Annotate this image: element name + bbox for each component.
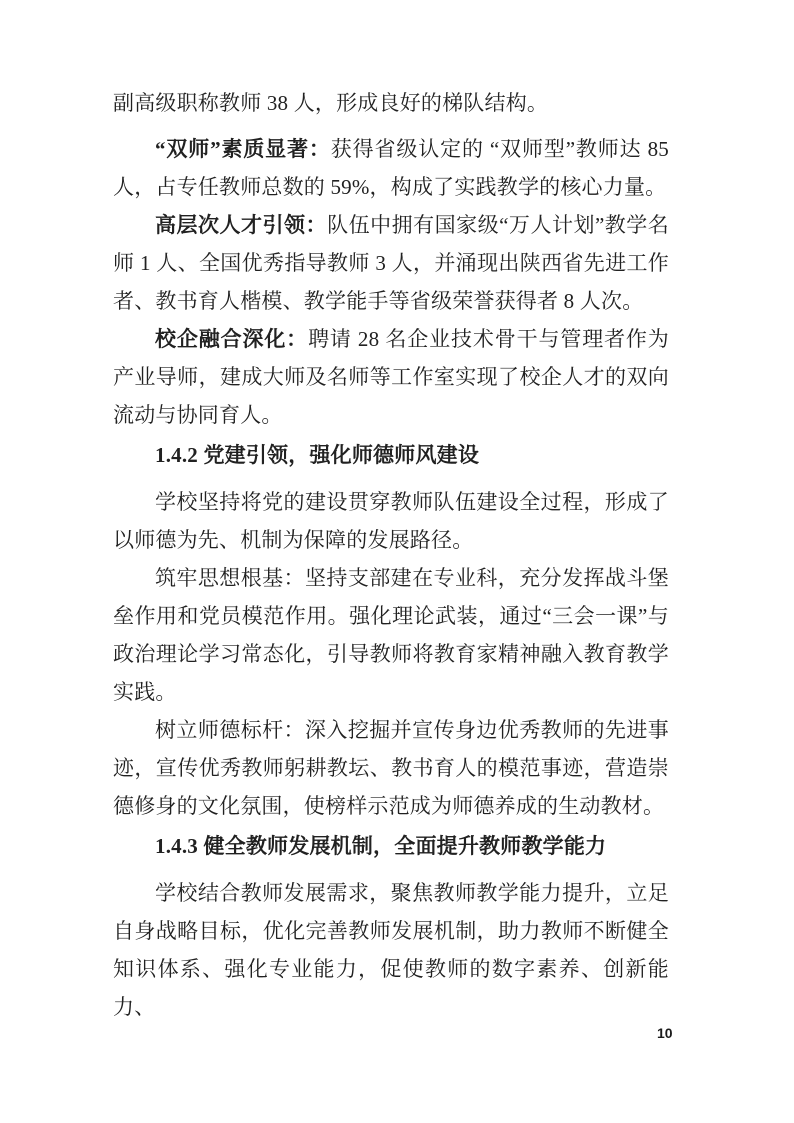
document-body: 副高级职称教师 38 人，形成良好的梯队结构。 “双师”素质显著：获得省级认定的… [113, 84, 669, 1026]
paragraph-ethics-role-models: 树立师德标杆：深入挖掘并宣传身边优秀教师的先进事迹，宣传优秀教师躬耕教坛、教书育… [113, 711, 669, 825]
paragraph-lead: 校企融合深化： [155, 327, 308, 351]
page-number: 10 [657, 1024, 673, 1042]
paragraph-lead: “双师”素质显著： [155, 137, 331, 161]
paragraph-high-level-talent: 高层次人才引领：队伍中拥有国家级“万人计划”教学名师 1 人、全国优秀指导教师 … [113, 206, 669, 320]
section-heading-1-4-3: 1.4.3 健全教师发展机制，全面提升教师教学能力 [113, 827, 669, 865]
section-heading-1-4-2: 1.4.2 党建引领，强化师德师风建设 [113, 436, 669, 474]
paragraph-text: 学校结合教师发展需求，聚焦教师教学能力提升，立足自身战略目标，优化完善教师发展机… [113, 881, 669, 1019]
paragraph-text: 树立师德标杆：深入挖掘并宣传身边优秀教师的先进事迹，宣传优秀教师躬耕教坛、教书育… [113, 718, 669, 818]
paragraph-dual-qualified: “双师”素质显著：获得省级认定的 “双师型”教师达 85 人，占专任教师总数的 … [113, 130, 669, 206]
paragraph-school-enterprise: 校企融合深化：聘请 28 名企业技术骨干与管理者作为产业导师，建成大师及名师等工… [113, 320, 669, 434]
paragraph-text: 学校坚持将党的建设贯穿教师队伍建设全过程，形成了以师德为先、机制为保障的发展路径… [113, 490, 669, 552]
paragraph-teacher-structure: 副高级职称教师 38 人，形成良好的梯队结构。 [113, 84, 669, 122]
paragraph-lead: 高层次人才引领： [155, 213, 327, 237]
paragraph-text: 副高级职称教师 38 人，形成良好的梯队结构。 [113, 91, 548, 115]
paragraph-text: 筑牢思想根基：坚持支部建在专业科，充分发挥战斗堡垒作用和党员模范作用。强化理论武… [113, 566, 669, 704]
paragraph-party-building-overview: 学校坚持将党的建设贯穿教师队伍建设全过程，形成了以师德为先、机制为保障的发展路径… [113, 483, 669, 559]
paragraph-ideological-foundation: 筑牢思想根基：坚持支部建在专业科，充分发挥战斗堡垒作用和党员模范作用。强化理论武… [113, 559, 669, 711]
paragraph-teacher-development: 学校结合教师发展需求，聚焦教师教学能力提升，立足自身战略目标，优化完善教师发展机… [113, 874, 669, 1026]
document-page: 副高级职称教师 38 人，形成良好的梯队结构。 “双师”素质显著：获得省级认定的… [0, 0, 794, 1123]
